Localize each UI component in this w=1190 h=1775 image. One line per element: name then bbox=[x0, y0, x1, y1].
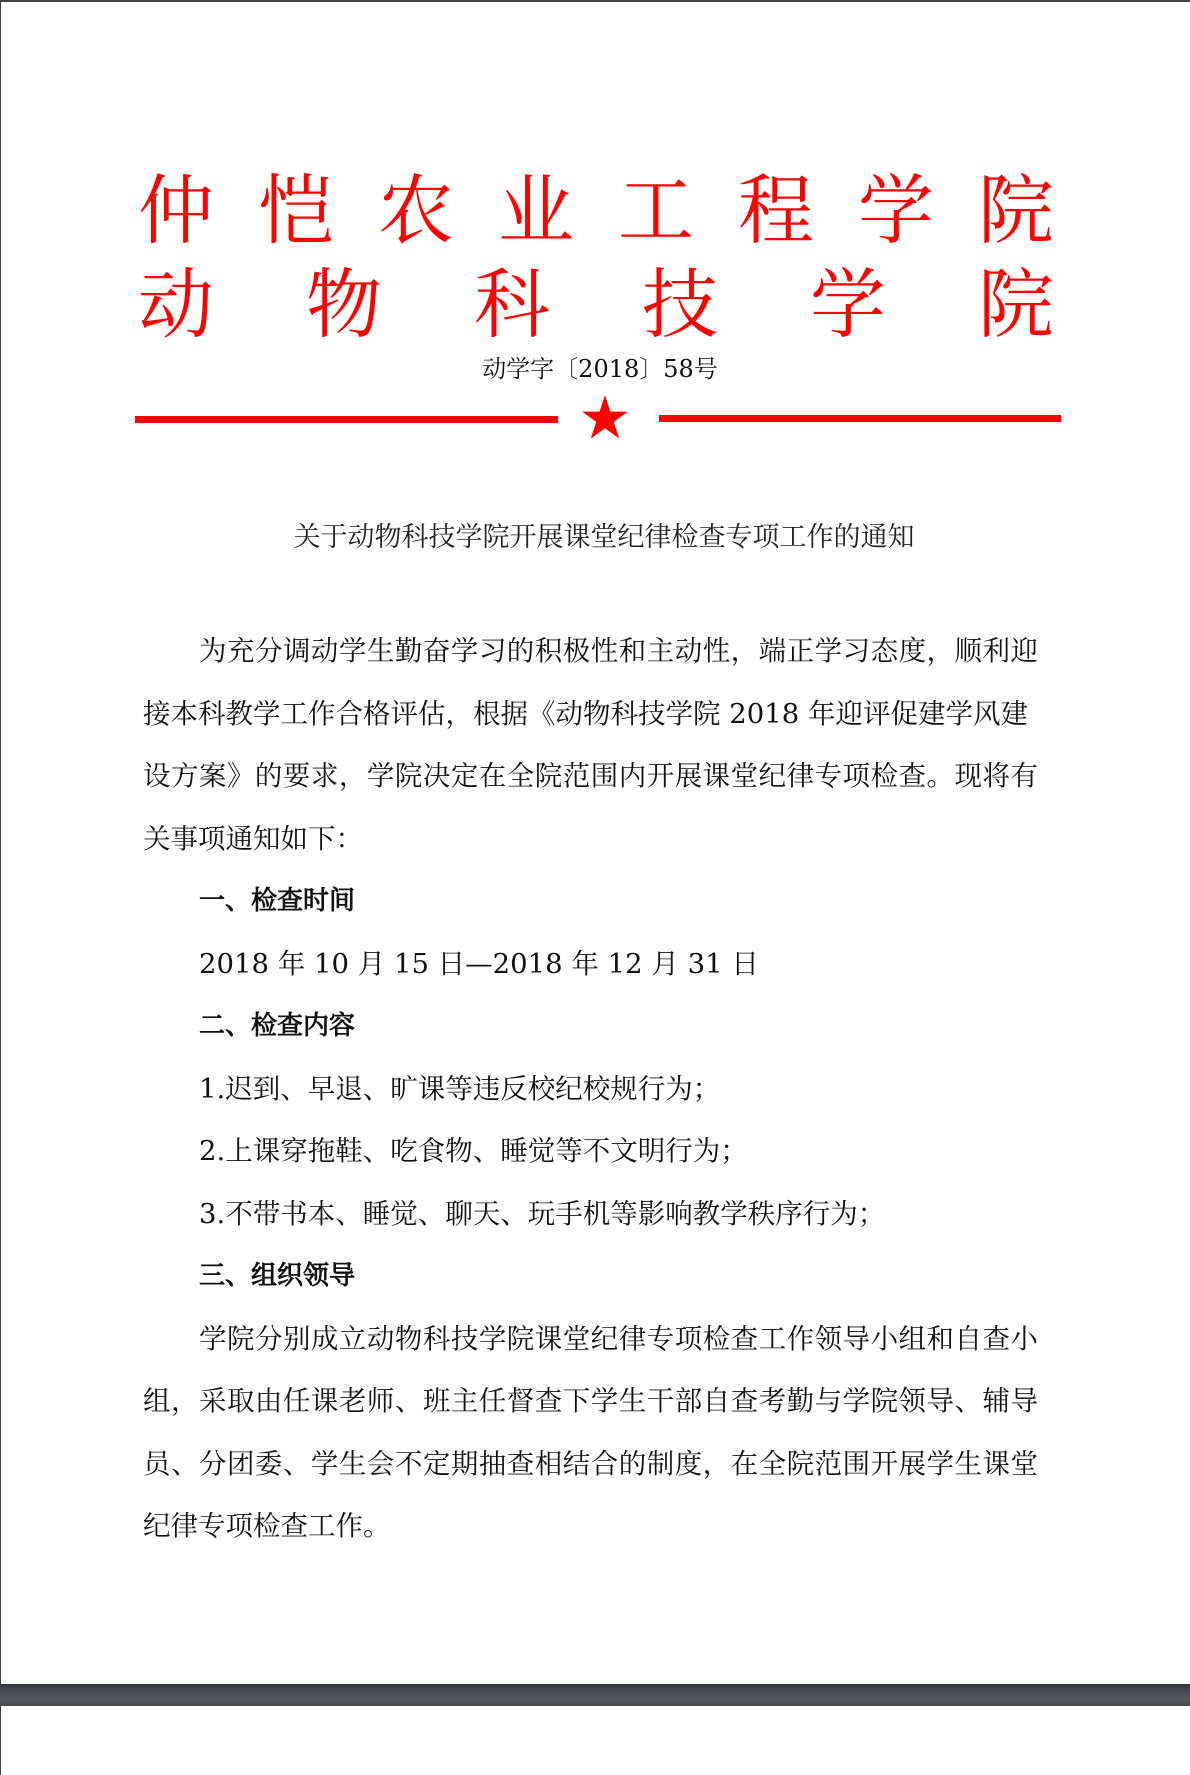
title-char: 工 bbox=[618, 168, 694, 254]
next-page bbox=[1, 1706, 1190, 1775]
paragraph-line: 设方案》的要求，学院决定在全院范围内开展课堂纪律专项检查。现将有 bbox=[143, 745, 1038, 808]
title-char: 仲 bbox=[138, 168, 214, 254]
title-char: 程 bbox=[738, 168, 814, 254]
paragraph-line: 员、分团委、学生会不定期抽查相结合的制度，在全院范围开展学生课堂 bbox=[143, 1433, 1038, 1496]
section-heading: 三、组织领导 bbox=[143, 1245, 1043, 1308]
title-char: 业 bbox=[498, 168, 574, 254]
section-heading: 一、检查时间 bbox=[143, 870, 1043, 933]
title-char: 动 bbox=[138, 262, 214, 348]
title-char: 科 bbox=[474, 262, 550, 348]
title-char: 技 bbox=[642, 262, 718, 348]
section-heading: 二、检查内容 bbox=[143, 995, 1043, 1058]
section-line: 2018 年 10 月 15 日—2018 年 12 月 31 日 bbox=[143, 933, 1043, 996]
paragraph-line: 接本科教学工作合格评估，根据《动物科技学院 2018 年迎评促建学风建 bbox=[143, 683, 1023, 746]
title-char: 学 bbox=[858, 168, 934, 254]
list-item: 2.上课穿拖鞋、吃食物、睡觉等不文明行为； bbox=[143, 1120, 1043, 1183]
title-char: 物 bbox=[306, 262, 382, 348]
document-number: 动学字〔2018〕58号 bbox=[0, 352, 1190, 386]
institution-name-line-2: 动 物 科 技 学 院 bbox=[138, 262, 1054, 348]
page-left-edge bbox=[0, 0, 1, 1775]
title-char: 恺 bbox=[258, 168, 334, 254]
paragraph-line: 组，采取由任课老师、班主任督查下学生干部自查考勤与学院领导、辅导 bbox=[143, 1370, 1038, 1433]
viewer-top-edge bbox=[0, 0, 1190, 2]
paragraph-line: 纪律专项检查工作。 bbox=[143, 1495, 1043, 1558]
title-char: 学 bbox=[810, 262, 886, 348]
star-icon bbox=[582, 395, 628, 439]
list-item: 1.迟到、早退、旷课等违反校纪校规行为； bbox=[143, 1058, 1043, 1121]
page-break-separator bbox=[0, 1684, 1190, 1706]
paragraph-line: 为充分调动学生勤奋学习的积极性和主动性，端正学习态度，顺利迎 bbox=[143, 620, 1038, 683]
paragraph-line: 学院分别成立动物科技学院课堂纪律专项检查工作领导小组和自查小 bbox=[143, 1308, 1038, 1371]
notice-subject: 关于动物科技学院开展课堂纪律检查专项工作的通知 bbox=[0, 518, 1190, 558]
institution-name-line-1: 仲 恺 农 业 工 程 学 院 bbox=[138, 168, 1054, 254]
paragraph-line: 关事项通知如下： bbox=[143, 808, 1043, 871]
notice-body: 为充分调动学生勤奋学习的积极性和主动性，端正学习态度，顺利迎 接本科教学工作合格… bbox=[143, 620, 1043, 1558]
title-char: 院 bbox=[978, 168, 1054, 254]
list-item: 3.不带书本、睡觉、聊天、玩手机等影响教学秩序行为； bbox=[143, 1183, 1043, 1246]
title-char: 农 bbox=[378, 168, 454, 254]
red-divider-right bbox=[659, 415, 1061, 422]
title-char: 院 bbox=[978, 262, 1054, 348]
red-divider-left bbox=[135, 416, 558, 423]
